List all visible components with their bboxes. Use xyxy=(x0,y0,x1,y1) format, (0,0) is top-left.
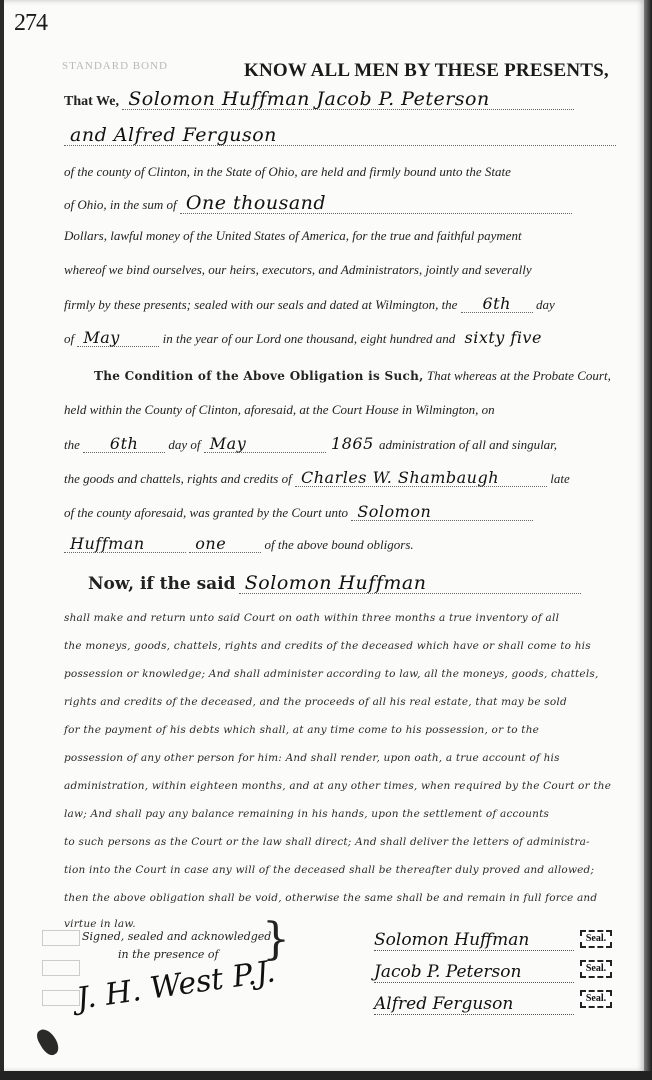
now-line-0: shall make and return unto said Court on… xyxy=(64,612,624,624)
granted-label: of the county aforesaid, was granted by … xyxy=(64,505,348,520)
bond-sum: One thousand xyxy=(180,194,572,214)
condition-line-6: Huffman one of the above bound obligors. xyxy=(64,536,624,553)
the-label: the xyxy=(64,437,80,452)
year-label: in the year of our Lord one thousand, ei… xyxy=(163,331,456,346)
condition-line-5: of the county aforesaid, was granted by … xyxy=(64,504,624,521)
seal-stamp: Seal. xyxy=(580,960,612,978)
signature-alfred-ferguson: Alfred Ferguson xyxy=(374,994,574,1015)
administrator-first-name: Solomon xyxy=(351,504,533,521)
one-of-obligors: one xyxy=(189,536,261,553)
day-of-label: day of xyxy=(168,437,200,452)
now-line-9: tion into the Court in case any will of … xyxy=(64,864,624,876)
now-line-10: then the above obligation shall be void,… xyxy=(64,892,624,904)
now-clause-heading-line: Now, if the said Solomon Huffman xyxy=(88,574,648,594)
that-we-label: That We, xyxy=(64,94,119,109)
document-heading: KNOW ALL MEN BY THESE PRESENTS, xyxy=(244,60,609,82)
bond-line-3: Dollars, lawful money of the United Stat… xyxy=(64,228,624,244)
now-clause-name: Solomon Huffman xyxy=(239,574,581,594)
now-line-4: for the payment of his debts which shall… xyxy=(64,724,624,736)
administration-label: administration of all and singular, xyxy=(379,437,557,452)
now-line-8: to such persons as the Court or the law … xyxy=(64,836,624,848)
administrator-last-name: Huffman xyxy=(64,536,186,553)
bond-line-6: of May in the year of our Lord one thous… xyxy=(64,330,624,347)
witness-signature: J. H. West P.J. xyxy=(75,954,278,1016)
bond-document-page: 274 STANDARD BOND KNOW ALL MEN BY THESE … xyxy=(4,0,648,1072)
margin-stamp xyxy=(42,990,80,1006)
condition-line-1: The Condition of the Above Obligation is… xyxy=(94,368,648,384)
bond-day: 6th xyxy=(461,296,533,313)
now-line-7: law; And shall pay any balance remaining… xyxy=(64,808,624,820)
now-line-2: possession or knowledge; And shall admin… xyxy=(64,668,624,680)
admin-month: May xyxy=(204,436,326,453)
bond-month: May xyxy=(77,330,159,347)
faded-stamp: STANDARD BOND xyxy=(62,60,168,72)
of-label: of xyxy=(64,331,74,346)
now-line-11: virtue in law. xyxy=(64,918,624,930)
now-line-1: the moneys, goods, chattels, rights and … xyxy=(64,640,624,652)
condition-line-3: the 6th day of May 1865 administration o… xyxy=(64,436,624,453)
attestation-line-1: Signed, sealed and acknowledged xyxy=(82,930,282,943)
obligors-line-2: and Alfred Ferguson xyxy=(64,126,624,146)
bond-year-words: sixty five xyxy=(458,330,547,346)
seal-stamp: Seal. xyxy=(580,990,612,1008)
bond-line-5: firmly by these presents; sealed with ou… xyxy=(64,296,624,313)
dated-label: firmly by these presents; sealed with ou… xyxy=(64,297,457,312)
obligors-names-continued: and Alfred Ferguson xyxy=(64,126,616,146)
admin-day: 6th xyxy=(83,436,165,453)
sum-label: of Ohio, in the sum of xyxy=(64,197,177,212)
obligors-names: Solomon Huffman Jacob P. Peterson xyxy=(122,90,574,110)
seal-stamp: Seal. xyxy=(580,930,612,948)
signature-solomon-huffman: Solomon Huffman xyxy=(374,930,574,951)
ink-blot xyxy=(34,1026,62,1058)
obligors-label: of the above bound obligors. xyxy=(265,537,414,552)
page-bottom-edge xyxy=(0,1071,652,1080)
bond-line-4: whereof we bind ourselves, our heirs, ex… xyxy=(64,262,624,278)
day-label: day xyxy=(536,297,555,312)
now-if-said-label: Now, if the said xyxy=(88,574,236,594)
page-edge-shadow xyxy=(644,0,652,1080)
condition-line-2: held within the County of Clinton, afore… xyxy=(64,402,624,418)
margin-stamp xyxy=(42,930,80,946)
admin-year: 1865 xyxy=(329,436,376,452)
bond-line-2: of Ohio, in the sum of One thousand xyxy=(64,194,624,214)
now-line-6: administration, within eighteen months, … xyxy=(64,780,624,792)
now-line-3: rights and credits of the deceased, and … xyxy=(64,696,624,708)
late-label: late xyxy=(550,471,570,486)
condition-heading: The Condition of the Above Obligation is… xyxy=(94,369,424,383)
decedent-name: Charles W. Shambaugh xyxy=(295,470,547,487)
goods-label: the goods and chattels, rights and credi… xyxy=(64,471,292,486)
condition-line-4: the goods and chattels, rights and credi… xyxy=(64,470,624,487)
obligors-line-1: That We, Solomon Huffman Jacob P. Peters… xyxy=(64,90,624,110)
bond-line-1: of the county of Clinton, in the State o… xyxy=(64,164,624,180)
page-number: 274 xyxy=(14,10,47,37)
now-line-5: possession of any other person for him: … xyxy=(64,752,624,764)
margin-stamp xyxy=(42,960,80,976)
probate-court-text: That whereas at the Probate Court, xyxy=(427,368,611,383)
signature-jacob-peterson: Jacob P. Peterson xyxy=(374,962,574,983)
